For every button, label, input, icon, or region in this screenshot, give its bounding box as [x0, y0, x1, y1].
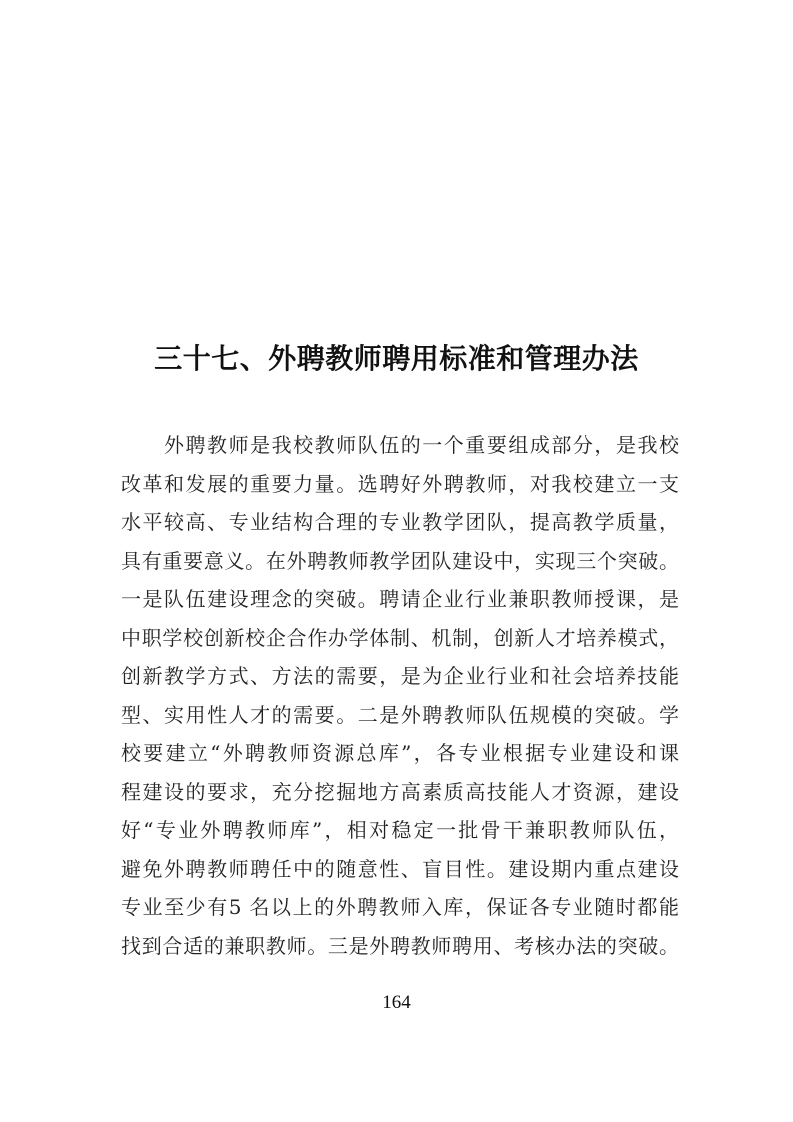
text-line: 水平较高、专业结构合理的专业教学团队，提高教学质量， [121, 503, 679, 542]
text-line: 校要建立“外聘教师资源总库”，各专业根据专业建设和课 [121, 734, 679, 773]
text-line: 改革和发展的重要力量。选聘好外聘教师，对我校建立一支 [121, 465, 679, 504]
text-line: 好“专业外聘教师库”，相对稳定一批骨干兼职教师队伍， [121, 811, 679, 850]
text-line: 中职学校创新校企合作办学体制、机制，创新人才培养模式， [121, 619, 679, 658]
page-number: 164 [0, 992, 793, 1014]
text-line: 找到合适的兼职教师。三是外聘教师聘用、考核办法的突破。 [121, 927, 679, 966]
text-line: 创新教学方式、方法的需要，是为企业行业和社会培养技能 [121, 657, 679, 696]
text-line: 专业至少有5 名以上的外聘教师入库，保证各专业随时都能 [121, 888, 679, 927]
text-line: 一是队伍建设理念的突破。聘请企业行业兼职教师授课，是 [121, 580, 679, 619]
text-line: 避免外聘教师聘任中的随意性、盲目性。建设期内重点建设 [121, 850, 679, 889]
text-line: 具有重要意义。在外聘教师教学团队建设中，实现三个突破。 [121, 542, 679, 581]
text-line: 外聘教师是我校教师队伍的一个重要组成部分，是我校 [121, 426, 679, 465]
body-paragraph: 外聘教师是我校教师队伍的一个重要组成部分，是我校 改革和发展的重要力量。选聘好外… [121, 426, 679, 965]
section-title: 三十七、外聘教师聘用标准和管理办法 [0, 337, 793, 381]
text-line: 型、实用性人才的需要。二是外聘教师队伍规模的突破。学 [121, 696, 679, 735]
text-line: 程建设的要求，充分挖掘地方高素质高技能人才资源，建设 [121, 773, 679, 812]
